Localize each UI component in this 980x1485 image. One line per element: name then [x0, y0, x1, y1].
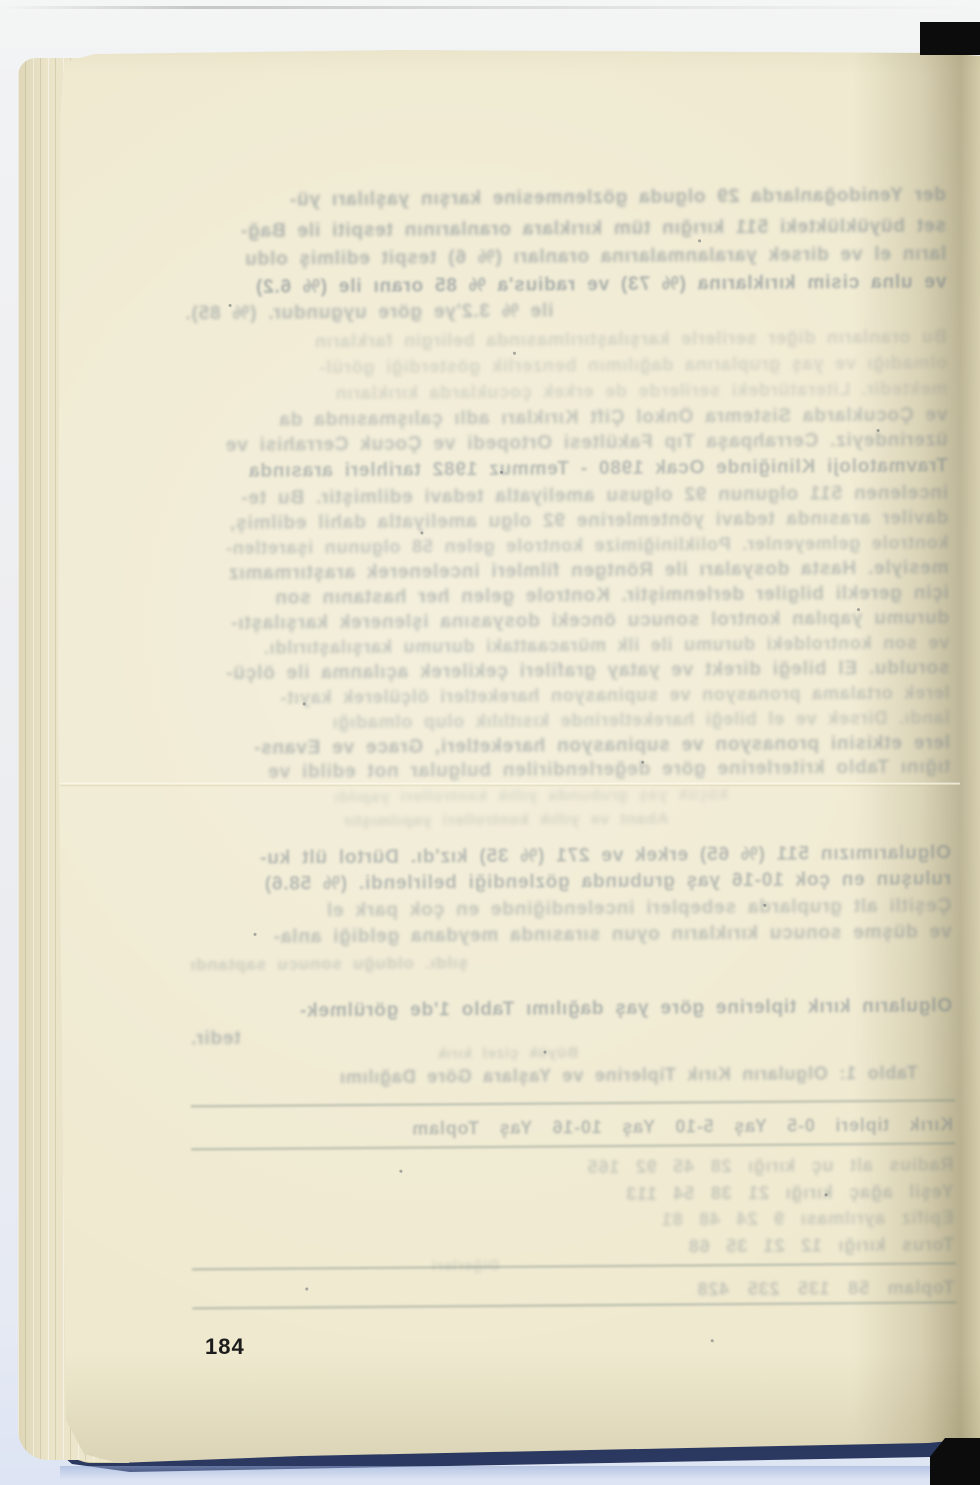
bleedthrough-line: mesiyle. Hasta dosyaları ile Röntgen fil…: [187, 557, 949, 585]
bleedthrough-line: Olgularımızın 511 (% 65) erkek ve 271 (%…: [189, 842, 951, 870]
bleedthrough-line: şıldı. olduğu sonucu saptandı: [190, 953, 530, 976]
bleedthrough-line: incelenen 511 olgunun 92 olgusu ameliyat…: [186, 482, 948, 510]
paper-speck: [305, 1287, 308, 1290]
bleedthrough-line: Travmatoloji Kliniğinde Ocak 1980 - Temm…: [186, 455, 948, 483]
table-rule: [191, 1142, 955, 1150]
paper-speck: [877, 429, 880, 432]
bleedthrough-line: Çeşitli alt gruplarda sebepleri incelend…: [189, 895, 951, 923]
bleedthrough-line: ve son kontroldeki durumu ile ilk müraca…: [187, 632, 949, 659]
bleedthrough-line: set büyüklükteki 511 kırığın tüm kırıkla…: [184, 215, 946, 243]
scanned-book-photo: der Yenidoğanlarda 29 olguda gözlenmesin…: [0, 0, 980, 1485]
bleedthrough-line: üzerindeyiz. Cerrahpaşa Tıp Fakültesi Or…: [186, 429, 948, 457]
bleedthrough-line: Bu oranların diğer serilerle karşılaştır…: [185, 326, 947, 353]
scan-corner-mark-top-right: [920, 22, 980, 55]
bleedthrough-line: kontrole gelmeyenler. Polikliniğimize ko…: [186, 532, 948, 559]
bleedthrough-line: Büyük çizel kırık: [382, 1044, 632, 1063]
bleedthrough-line: lerek ortalama pronasyon ve supinasyon h…: [188, 682, 950, 709]
bleedthrough-line: tedir.: [190, 1027, 330, 1050]
bleedthrough-line: ve ulna cisim kırıklarına (% 73) ve radi…: [184, 271, 946, 299]
bleedthrough-line: Radius alt uç kırığı 28 45 92 165: [191, 1154, 953, 1181]
bleedthrough-line: durumu yapılan kontrol sonucu önceki dos…: [187, 607, 949, 635]
bleedthrough-line: der Yenidoğanlarda 29 olguda gözlenmesin…: [184, 184, 946, 212]
bleedthrough-line: mektedir. Literatürdeki serilerde de erk…: [185, 378, 947, 405]
paper-speck: [641, 761, 644, 764]
bleedthrough-line: için gerekli bilgiler derlenmiştir. Kont…: [187, 582, 949, 610]
bleedthrough-line: lere etkisini pronasyon ve supinasyon ha…: [188, 732, 950, 760]
bleedthrough-line: Torus kırığı 12 21 35 68: [192, 1234, 954, 1261]
paper-speck: [513, 352, 516, 355]
table-rule: [191, 1099, 955, 1107]
page-number: 184: [205, 1334, 245, 1360]
bleedthrough-line: Yeşil ağaç kırığı 21 38 54 113: [192, 1181, 954, 1208]
paper-speck: [857, 608, 860, 611]
bleedthrough-line: ların el ve dirsek yaralanmalarına oranl…: [184, 243, 946, 271]
bleedthrough-line: Epifiz ayrılması 9 24 48 81: [192, 1207, 954, 1234]
paper-speck: [698, 239, 701, 242]
paper-speck: [825, 1193, 828, 1196]
bleedthrough-line: Toplam 58 135 235 428: [192, 1277, 954, 1304]
paper-speck: [229, 304, 232, 307]
bleedthrough-line: ve Çocuklarda Sistemra Önkol Çift Kırıkl…: [185, 404, 947, 432]
bleedthrough-line: soruldu. El bileği direkt ve yatay grafi…: [187, 657, 949, 685]
bleedthrough-line: daviler arasında tedavi yöntemlerine 92 …: [186, 507, 948, 535]
bleedthrough-line: ile % 3.2'ye göre uygundur. (% 85).: [185, 299, 745, 325]
bleedthrough-line: tığını Tablo kriterlerine göre değerlend…: [188, 756, 950, 784]
bleedthrough-line: ve düşme sonucu kırıkların oyun sırasınd…: [189, 921, 951, 949]
bleedthrough-line: küçük yaş grubunda yıllık kontrolleri ya…: [250, 785, 810, 807]
paper-speck: [303, 702, 306, 705]
bleedthrough-line: landı. Dirsek ve el bileği hareketlerind…: [188, 707, 950, 734]
paper-speck: [763, 904, 766, 907]
paper-speck: [543, 1051, 546, 1054]
bleedthrough-line: Abant ve yıllık kontrolleri yapılmıştır: [291, 810, 721, 831]
bleedthrough-line: Olguların kırık tiplerine göre yaş dağıl…: [190, 995, 952, 1023]
bleedthrough-line: ruluşun en çok 10-16 yaş grubunda gözlen…: [189, 868, 951, 896]
paper-speck: [254, 933, 257, 936]
paper-speck: [399, 1170, 402, 1173]
bleedthrough-line: olmadığı ve yaş gruplarına dağılımın ben…: [185, 352, 947, 379]
bleedthrough-layer: der Yenidoğanlarda 29 olguda gözlenmesin…: [0, 0, 980, 1485]
bleedthrough-line: Tablo 1: Olguların Kırık Tiplerine ve Ya…: [198, 1063, 918, 1090]
paper-speck: [711, 1339, 714, 1342]
paper-speck: [420, 532, 423, 535]
bleedthrough-line: Kırık tipleri 0-5 Yaş 5-10 Yaş 10-16 Yaş…: [191, 1114, 953, 1141]
paper-speck: [500, 471, 503, 474]
